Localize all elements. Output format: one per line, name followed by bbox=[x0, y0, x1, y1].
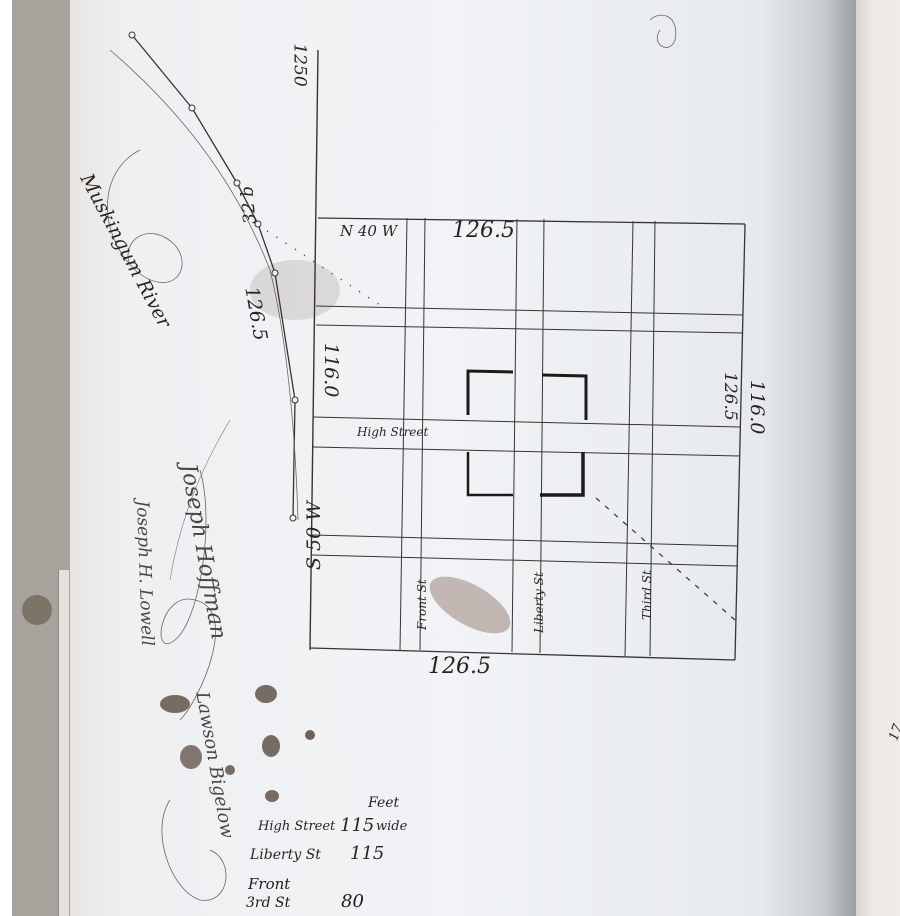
notes-row-label: Liberty St bbox=[250, 847, 321, 863]
street-label-third: Third St bbox=[640, 570, 654, 620]
river-distance-label: 32 b bbox=[237, 185, 260, 225]
notes-row-value: 80 bbox=[341, 891, 364, 912]
right-outer-dimension: 116.0 bbox=[746, 380, 768, 434]
notes-row-label: Front bbox=[248, 875, 290, 893]
notes-row-label: High Street bbox=[258, 819, 335, 834]
left-inner-dimension: 116.0 bbox=[320, 343, 342, 397]
bottom-dimension: 126.5 bbox=[428, 654, 491, 679]
street-label-liberty: Liberty St bbox=[532, 572, 546, 633]
scanned-page: Muskingum River 32 b 1250 N 40 W 126.5 1… bbox=[0, 0, 900, 916]
notes-unit-header: Feet bbox=[368, 795, 399, 811]
top-dimension: 126.5 bbox=[452, 218, 515, 243]
survey-plat-drawing bbox=[0, 0, 900, 916]
top-bearing: N 40 W bbox=[340, 222, 397, 240]
notes-row-value: 115 bbox=[350, 843, 384, 864]
street-label-front: Front St bbox=[415, 579, 429, 630]
right-inner-dimension: 126.5 bbox=[720, 372, 740, 421]
notes-row-suffix: wide bbox=[376, 819, 407, 834]
top-vertical-distance: 1250 bbox=[290, 43, 310, 86]
notes-row-value: 115 bbox=[340, 815, 374, 836]
notes-row-label: 3rd St bbox=[246, 895, 290, 911]
street-label-high: High Street bbox=[357, 425, 428, 439]
bottom-left-bearing: S 50 W bbox=[303, 501, 325, 570]
